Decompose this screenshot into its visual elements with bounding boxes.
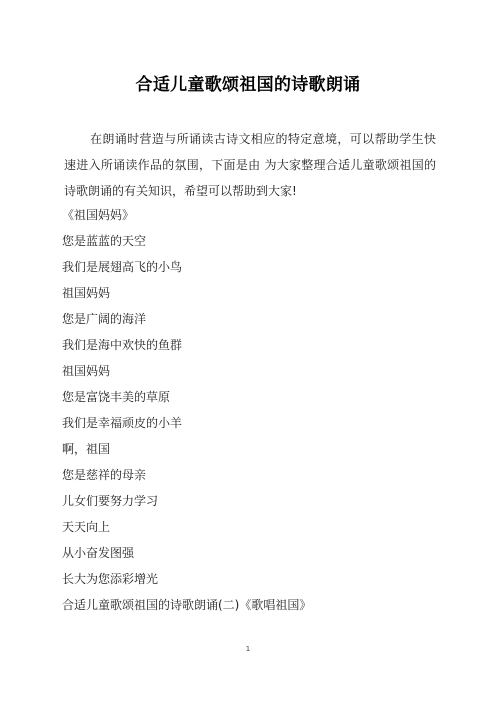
poem-line: 我们是幸福顽皮的小羊 [62,410,311,436]
poem-line: 我们是展翅高飞的小鸟 [62,254,311,280]
intro-paragraph: 在朗诵时营造与所诵读古诗文相应的特定意境，可以帮助学生快速进入所诵读作品的氛围，… [64,126,436,204]
poem-line: 您是慈祥的母亲 [62,462,311,488]
intro-text: 在朗诵时营造与所诵读古诗文相应的特定意境，可以帮助学生快速进入所诵读作品的氛围，… [64,126,436,204]
poem-line: 我们是海中欢快的鱼群 [62,332,311,358]
poem-line: 祖国妈妈 [62,358,311,384]
page-number: 1 [0,645,496,653]
section-heading: 合适儿童歌颂祖国的诗歌朗诵(二)《歌唱祖国》 [62,592,311,618]
poem-line: 长大为您添彩增光 [62,566,311,592]
poem-line: 从小奋发图强 [62,540,311,566]
poem-line: 您是广阔的海洋 [62,306,311,332]
poem-line: 您是蓝蓝的天空 [62,228,311,254]
poem-line: 儿女们要努力学习 [62,488,311,514]
poem-body: 《祖国妈妈》 您是蓝蓝的天空 我们是展翅高飞的小鸟 祖国妈妈 您是广阔的海洋 我… [62,202,311,618]
poem-line: 祖国妈妈 [62,280,311,306]
poem-title: 《祖国妈妈》 [62,202,311,228]
poem-line: 天天向上 [62,514,311,540]
poem-line: 您是富饶丰美的草原 [62,384,311,410]
document-title: 合适儿童歌颂祖国的诗歌朗诵 [0,70,496,95]
poem-line: 啊，祖国 [62,436,311,462]
